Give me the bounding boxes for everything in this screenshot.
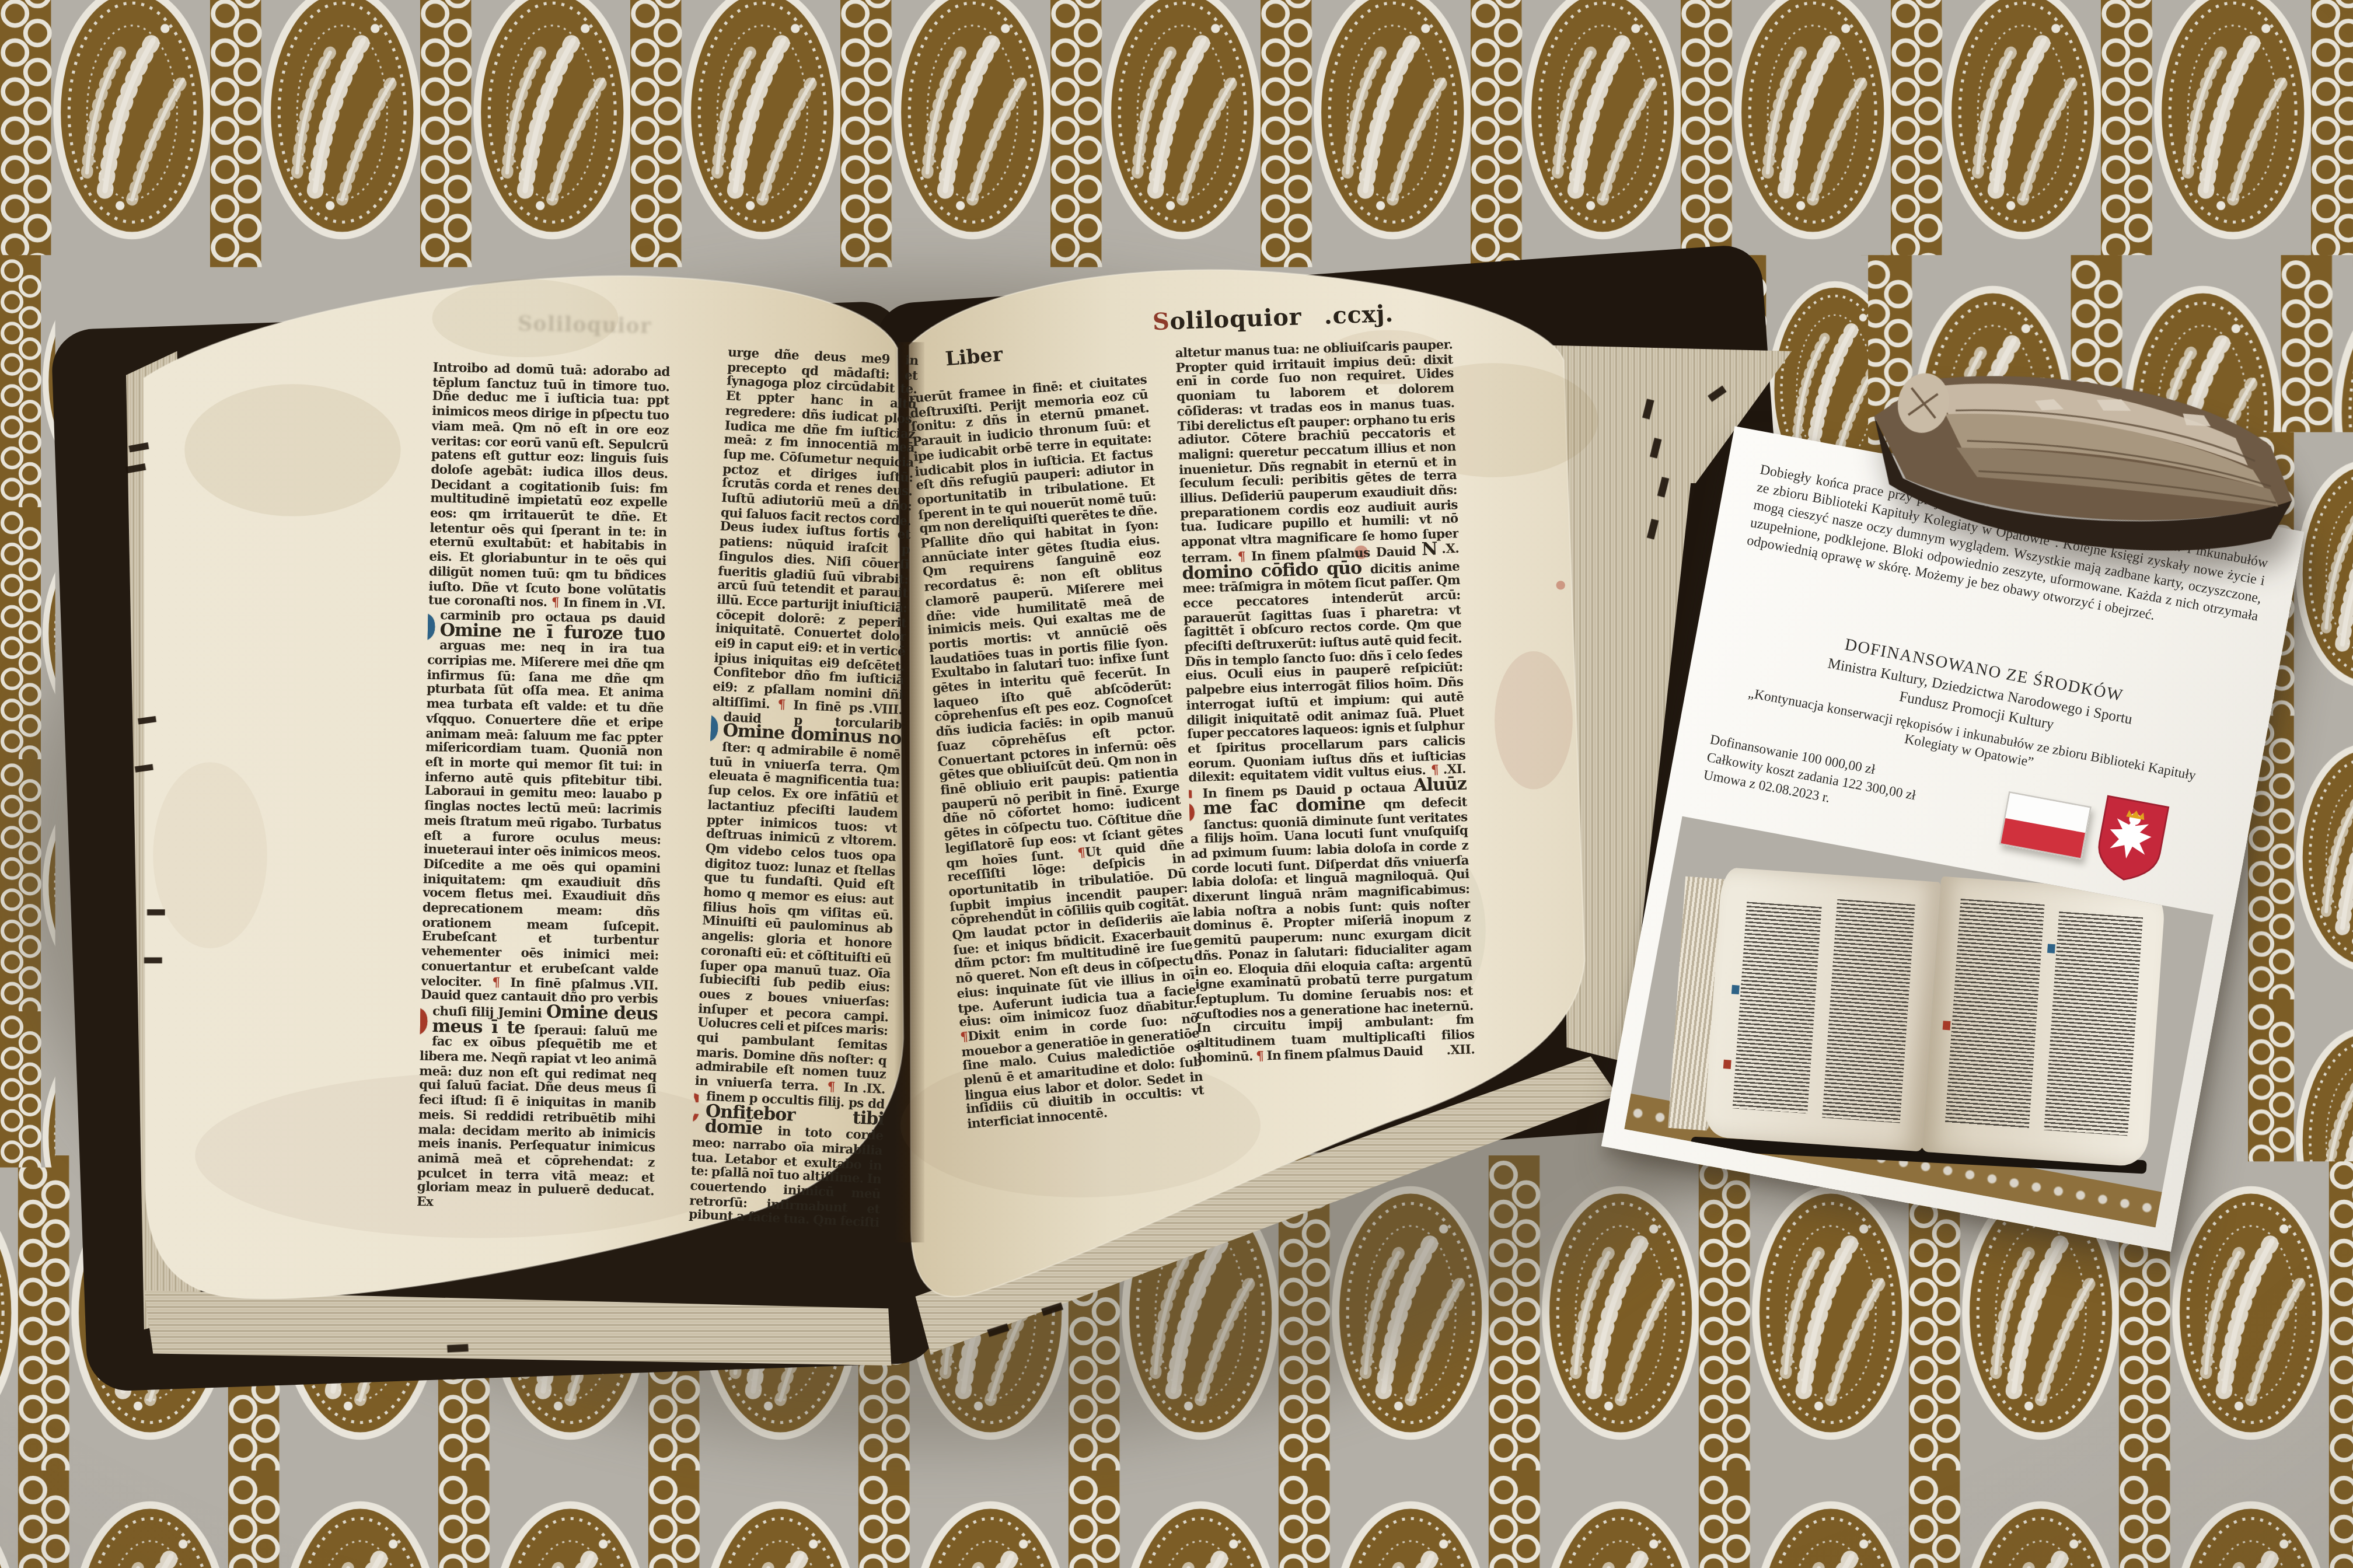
mini-text-column xyxy=(1822,899,1915,1123)
mini-open-book xyxy=(1670,858,2172,1182)
mini-text-column xyxy=(2044,912,2143,1136)
mini-initial-red xyxy=(1943,1021,1951,1030)
mini-initial-blue xyxy=(1731,985,1740,994)
mini-initial-red xyxy=(1723,1060,1731,1069)
folio-number: .ccxj. xyxy=(1324,299,1394,330)
poland-flag xyxy=(1999,791,2091,860)
header-title: Soliloquior xyxy=(1152,302,1302,336)
showthrough-ghost-header: Soliloquior xyxy=(518,312,652,339)
mini-text-column xyxy=(1733,902,1822,1113)
photograph-incunabulum-on-lace-tablecloth: Soliloquior Liber Soliloquior.ccxj. Intr… xyxy=(0,0,2353,1567)
left-page-column-1: Introibo ad domū tuā: adorabo ad tēplum … xyxy=(417,361,670,1224)
poland-coat-of-arms-eagle-icon xyxy=(2091,794,2171,889)
mini-text-column xyxy=(1945,899,2045,1129)
mini-book-right-page xyxy=(1922,876,2166,1168)
right-page-column-2: altetur manus tua: ne obliuiſcaris paupe… xyxy=(1175,338,1482,1309)
mini-book-left-page xyxy=(1703,867,1941,1152)
mini-initial-blue xyxy=(2047,944,2055,953)
left-page-column-2: urge dñe deus me9 in precepto qd mādaſti… xyxy=(689,346,919,1230)
